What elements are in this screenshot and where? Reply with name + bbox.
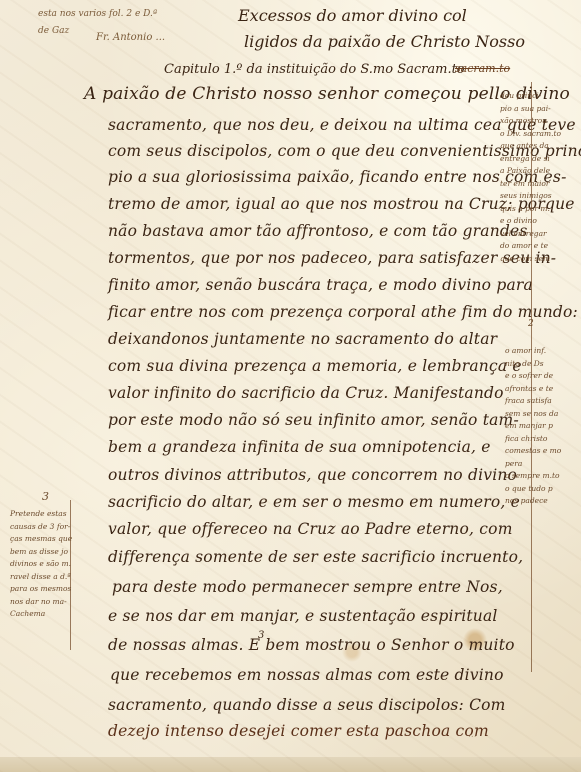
body-line: bem a grandeza infinita de sua omnipoten… [108,438,491,456]
margin-note-line: pio a sua pai- [500,103,580,116]
body-line: deixandonos juntamente no sacramento do … [108,330,497,348]
body-line: sacrificio do altar, e em ser o mesmo em… [108,493,520,511]
left-margin-notes: Pretende estas causas de 3 for- ças mesm… [10,508,100,621]
body-line: A paixão de Christo nosso senhor começou… [84,84,570,104]
body-line: dezejo intenso desejei comer esta pascho… [108,722,489,740]
left-margin-marker: 3 [42,490,49,503]
margin-note-line: fraca satisfa [505,395,581,408]
margin-note-line: o sempre m.to [505,470,581,483]
margin-note-line: pera [505,458,581,471]
right-margin-notes-lower: o amor inf. nito de Ds e o sofrer de afr… [505,345,581,508]
margin-note-line: o que tudo p [505,483,581,496]
margin-note-line: e o sofrer de [505,370,581,383]
margin-note-line: afrontas e te [505,383,581,396]
margin-note-line: Pretende estas [10,508,100,521]
margin-note-line: seus inimigos [500,190,580,203]
margin-note-line: o amor inf. [505,345,581,358]
margin-note-line: o Div. sacram.to [500,128,580,141]
margin-note-line: para os mesmos [10,583,100,596]
margin-note-line: entrega de si [500,153,580,166]
margin-note-line: que antes da [500,140,580,153]
margin-note-line: em manjar p [505,420,581,433]
chapter-heading: Capitulo 1.º da instituição do S.mo Sacr… [164,62,465,77]
margin-note-line: nito de Ds [505,358,581,371]
inline-marker: 3 [258,630,264,641]
faint-pencil-mark: ... [468,730,477,740]
right-margin-marker: 2 [528,318,534,331]
margin-note-line: ças mesmas que [10,533,100,546]
margin-note-line: ter em maior [500,178,580,191]
body-line: valor infinito do sacrificio da Cruz. Ma… [108,384,504,402]
margin-note-line: a Paixão dele [500,165,580,178]
right-margin-notes: deu princi- pio a sua pai- xão mostrou o… [500,90,580,265]
body-line: por este modo não só seu infinito amor, … [108,411,519,429]
body-line: que recebemos em nossas almas com este d… [110,666,504,684]
body-line: ficar entre nos com prezença corporal at… [108,303,578,321]
margin-note-line: do amor e te [500,240,580,253]
margin-note-line: que com sem [500,253,580,266]
margin-note-line: comestas e mo [505,445,581,458]
margin-note-line: bem as disse jo [10,546,100,559]
body-line: não bastava amor tão affrontoso, e com t… [108,222,528,240]
margin-note-line: causas de 3 for- [10,521,100,534]
struck-word: sacram.to [455,62,510,75]
body-line: tormentos, que por nos padeceo, para sat… [108,249,556,267]
header-note-line1: esta nos varios fol. 2 e D.ª [38,9,157,19]
title-line-2: ligidos da paixão de Christo Nosso [244,32,525,51]
body-line: de nossas almas. E bem mostrou o Senhor … [108,636,515,654]
manuscript-page: esta nos varios fol. 2 e D.ª de Gaz Fr. … [0,0,581,772]
body-line: valor, que offereceo na Cruz ao Padre et… [108,520,513,538]
margin-note-line: nos dar no ma- [10,596,100,609]
body-line: sacramento, quando disse a seus discipol… [108,696,506,714]
body-line: finito amor, senão buscára traça, e modo… [108,276,533,294]
margin-note-line: e o divino [500,215,580,228]
signature: Fr. Antonio ... [96,32,165,43]
margin-note-line: nos padece [505,495,581,508]
margin-note-line: quis a por m. [500,203,580,216]
body-line: differença somente de ser este sacrifici… [108,548,523,566]
body-line: e se nos dar em manjar, e sustentação es… [108,607,498,625]
page-bottom-edge [0,757,581,772]
body-line: para deste modo permanecer sempre entre … [112,578,503,596]
title-line-1: Excessos do amor divino col [238,6,467,25]
margin-note-line: fica christo [505,433,581,446]
margin-note-line: ravel disse a d.ª [10,571,100,584]
body-line: com sua divina prezença a memoria, e lem… [108,357,522,375]
margin-note-line: vel entregar [500,228,580,241]
margin-note-line: sem se nos da [505,408,581,421]
margin-note-line: Cachema [10,608,100,621]
margin-note-line: deu princi- [500,90,580,103]
header-note-line2: de Gaz [38,26,69,36]
margin-note-line: divinos e são m. [10,558,100,571]
body-line: pio a sua gloriosissima paixão, ficando … [108,168,567,186]
body-line: outros divinos attributos, que concorrem… [108,466,517,484]
margin-note-line: xão mostrou [500,115,580,128]
